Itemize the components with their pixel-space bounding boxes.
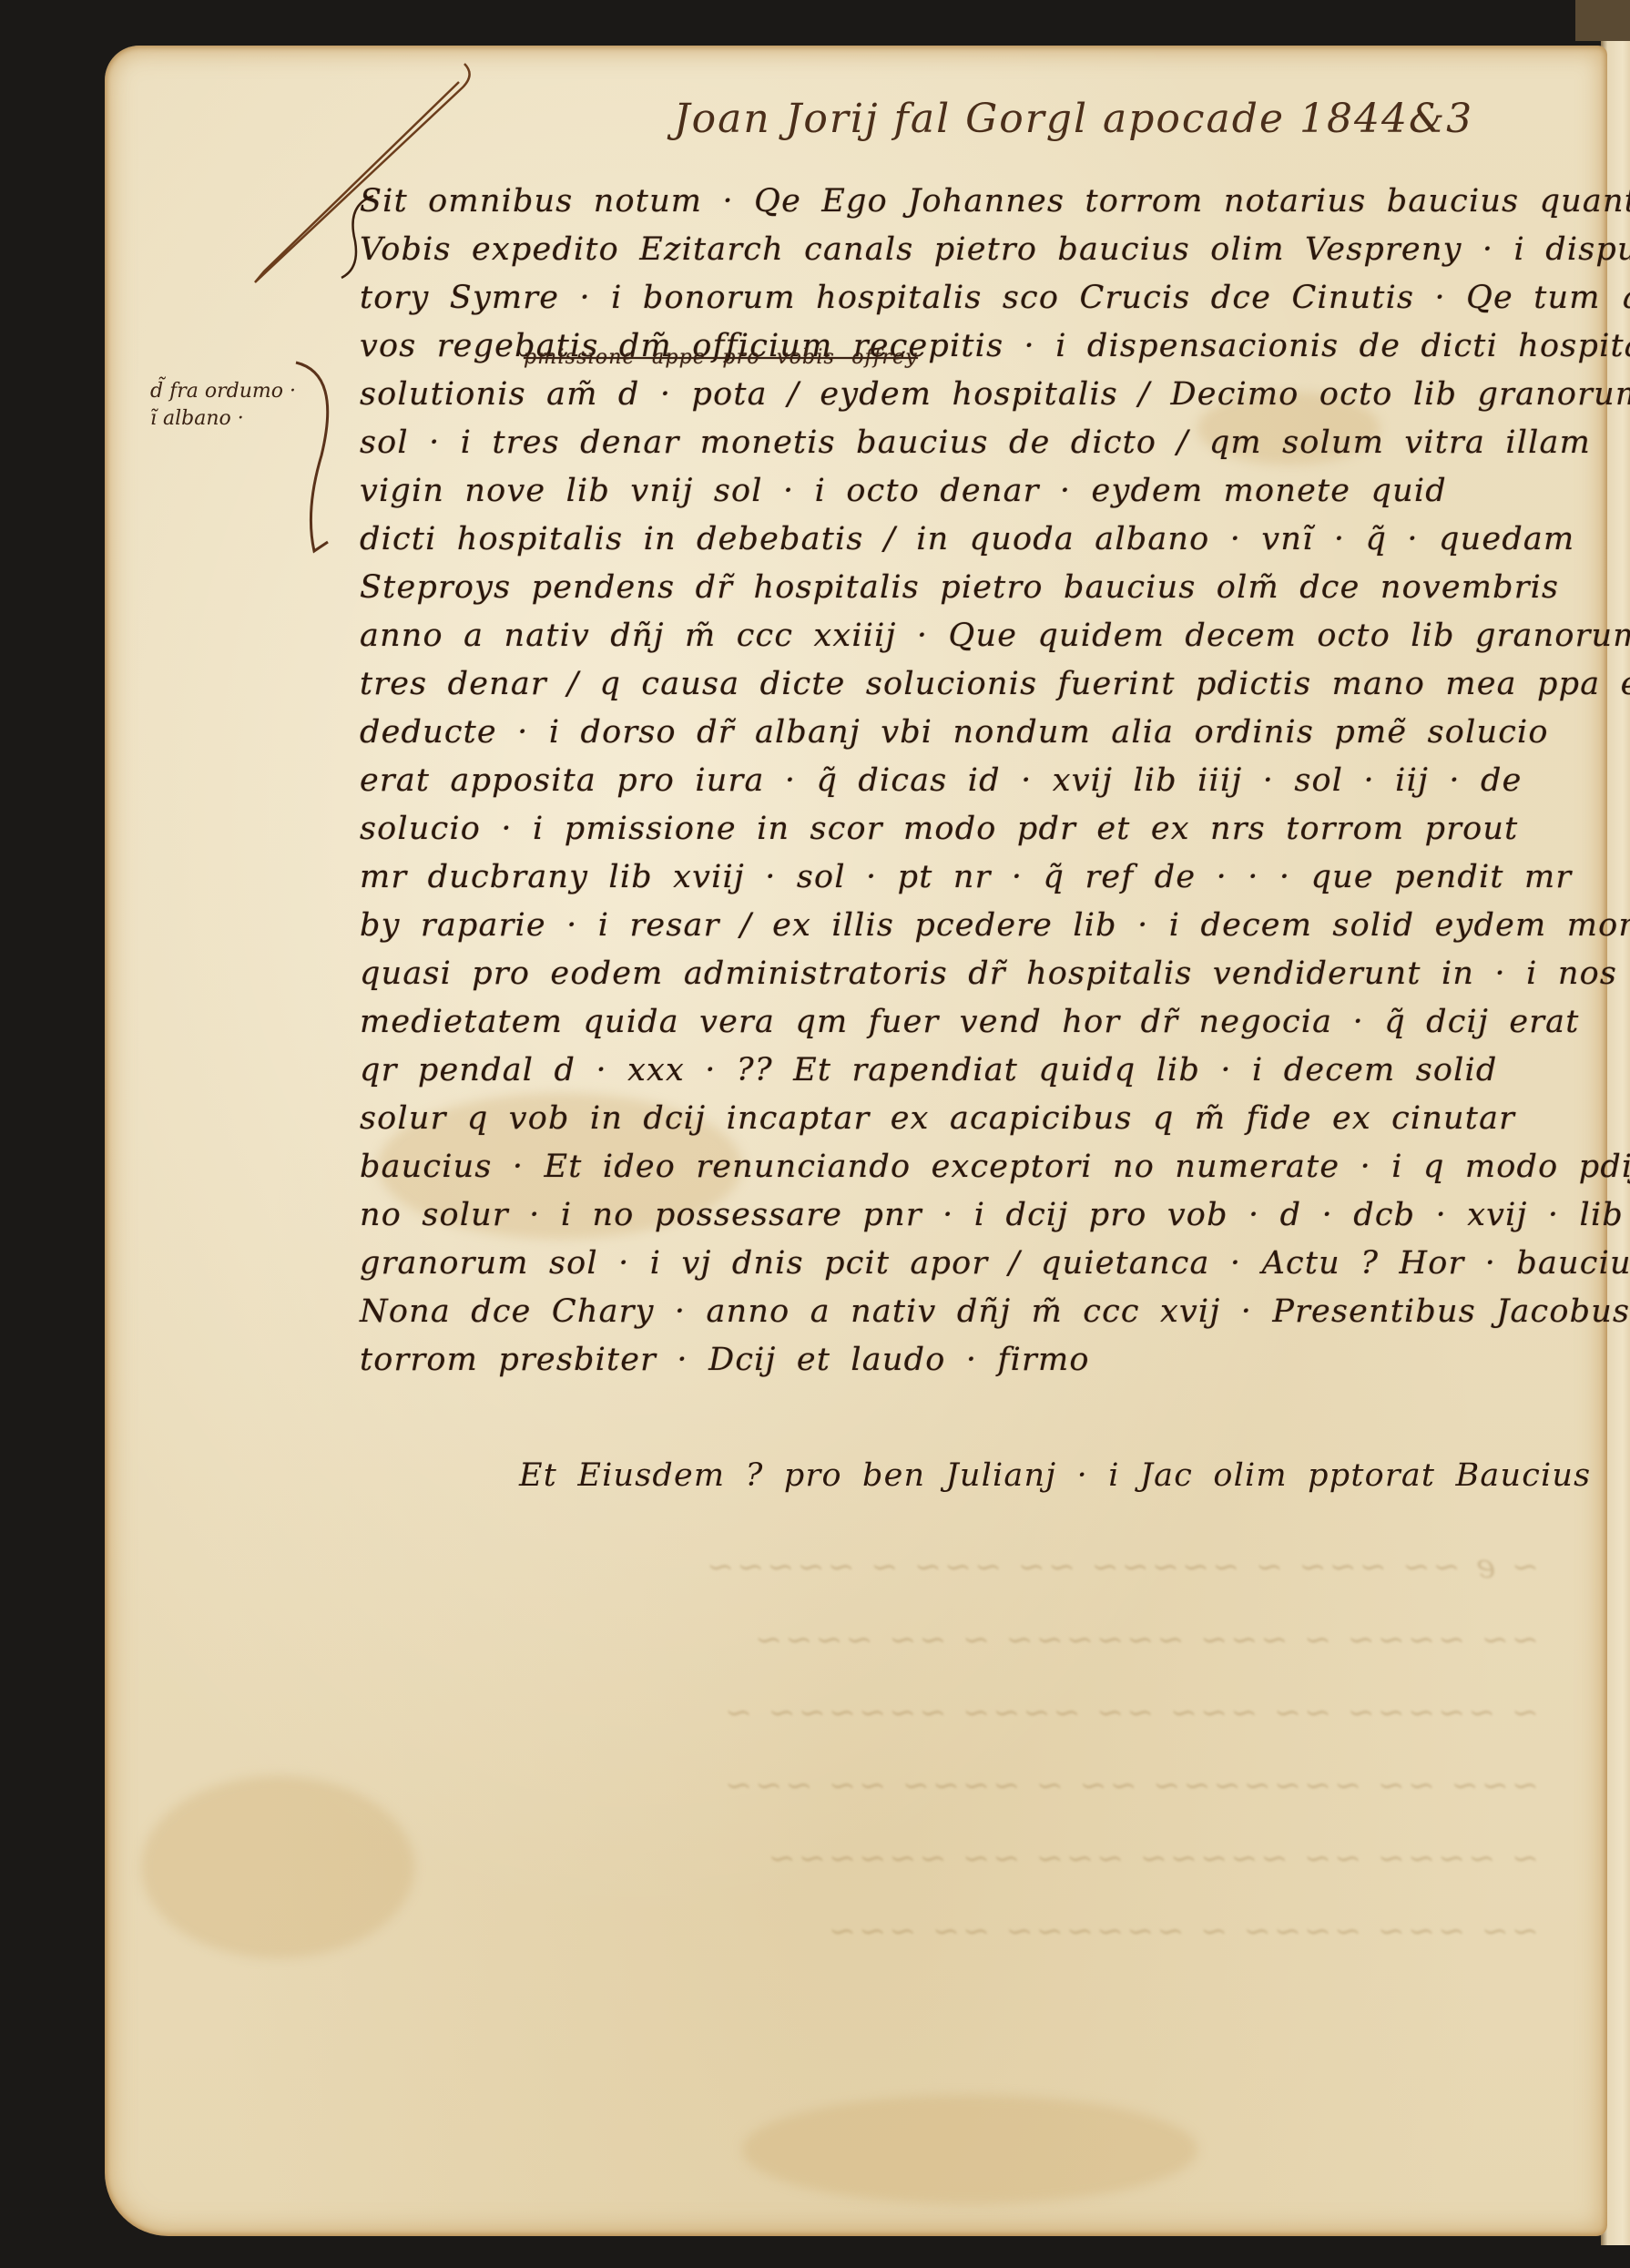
bleed-through-line: ~ e ~~ ~~~ ~ ~~~~~ ~~ ~~~ ~ ~~~~~ [209,1548,1539,1586]
text-line: qr pendal d · xxx · ?? Et rapendiat quid… [360,1047,1580,1095]
stain [742,2095,1197,2204]
bleed-through-line: ~ ~~~~ ~~ ~~~~~ ~~~ ~~ ~~~~~~ [209,1840,1539,1877]
text-line: torrom presbiter · Dcij et laudo · firmo [360,1336,1580,1384]
text-line: anno a nativ dñj m̃ ccc xxiiij · Que qui… [360,612,1580,660]
text-line: no solur · i no possessare pnr · i dcij … [360,1191,1580,1240]
text-line: Steproys pendens dr̃ hospitalis pietro b… [360,564,1580,612]
text-line: solucio · i pmissione in scor modo pdr e… [360,805,1580,853]
closing-line: Et Eiusdem ? pro ben Julianj · i Jac oli… [519,1457,1591,1494]
text-line: solur q vob in dcij incaptar ex acapicib… [360,1095,1580,1143]
text-line: deducte · i dorso dr̃ albanj vbi nondum … [360,709,1580,757]
text-line: sol · i tres denar monetis baucius de di… [360,419,1580,467]
text-line: medietatem quida vera qm fuer vend hor d… [360,998,1580,1047]
text-line: Vobis expedito Ezitarch canals pietro ba… [360,226,1580,274]
binding-corner [1575,0,1630,41]
text-line: granorum sol · i vj dnis pcit apor / qui… [360,1240,1580,1288]
text-line: tory Symre · i bonorum hospitalis sco Cr… [360,274,1580,322]
text-line: baucius · Et ideo renunciando exceptori … [360,1143,1580,1191]
text-line: vigin nove lib vnij sol · i octo denar ·… [360,467,1580,516]
text-line: Nona dce Chary · anno a nativ dñj m̃ ccc… [360,1288,1580,1336]
text-line: mr ducbrany lib xviij · sol · pt nr · q̃… [360,853,1580,902]
bleed-through-line: ~ ~~~~~ ~~ ~~~ ~~ ~~~~ ~~~~~~ ~ [209,1694,1539,1732]
bleed-through-line: ~~ ~~~~ ~ ~~~ ~~~~~~ ~ ~~ ~~~~ [209,1621,1539,1659]
text-line: dicti hospitalis in debebatis / in quoda… [360,516,1580,564]
text-line: tres denar / q causa dicte solucionis fu… [360,660,1580,709]
main-text: Sit omnibus notum · Qe Ego Johannes torr… [360,178,1580,1384]
margin-bracket [278,355,351,565]
header-annotation: Joan Jorij fal Gorgl apocade 1844&3 [674,96,1473,142]
bleed-through-line: ~~ ~~~ ~~~~ ~ ~~~~~~ ~~ ~~~ [209,1913,1539,1950]
text-line: Sit omnibus notum · Qe Ego Johannes torr… [360,178,1580,226]
text-line: solutionis am̃ d · pota / eydem hospital… [360,371,1580,419]
bleed-through-line: ~~~ ~~ ~~~~~~~ ~~ ~ ~~~~ ~~ ~~~ [209,1767,1539,1804]
text-line: quasi pro eodem administratoris dr̃ hosp… [360,950,1580,998]
text-line: erat apposita pro iura · q̃ dicas id · x… [360,757,1580,805]
text-line: by raparie · i resar / ex illis pcedere … [360,902,1580,950]
